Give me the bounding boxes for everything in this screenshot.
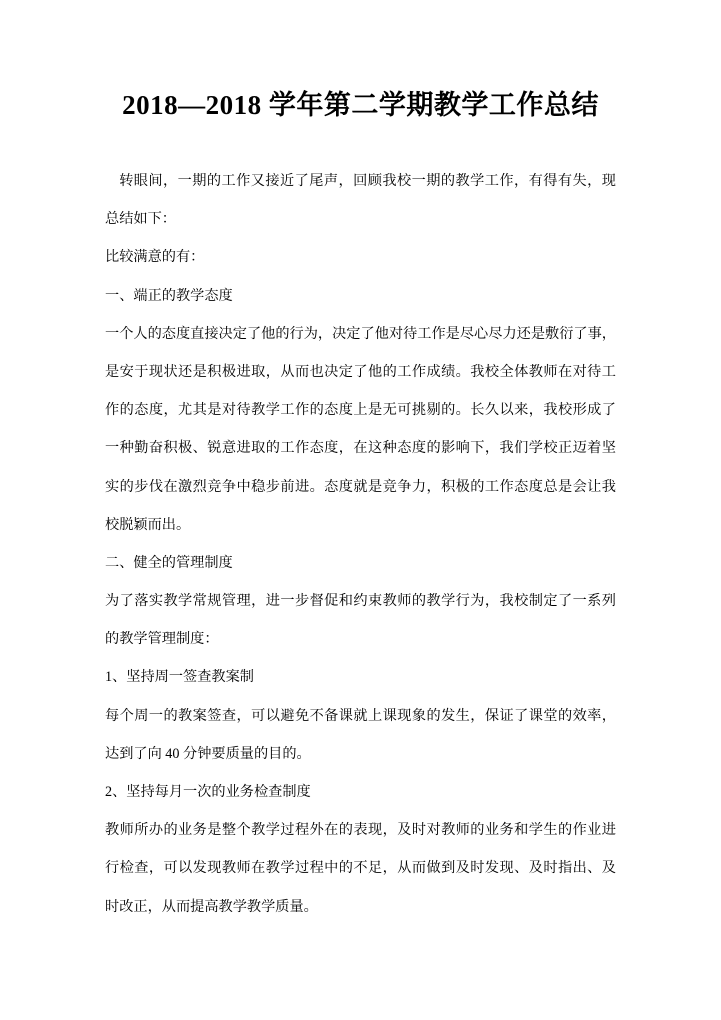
- document-line: 总结如下：: [105, 200, 616, 238]
- document-line: 达到了向 40 分钟要质量的目的。: [105, 735, 616, 773]
- document-page: 2018—2018 学年第二学期教学工作总结 转眼间，一期的工作又接近了尾声，回…: [0, 0, 721, 1020]
- document-body: 转眼间，一期的工作又接近了尾声，回顾我校一期的教学工作，有得有失，现总结如下：比…: [105, 162, 616, 926]
- document-line: 每个周一的教案签查，可以避免不备课就上课现象的发生，保证了课堂的效率，: [105, 697, 616, 735]
- document-line: 一种勤奋积极、锐意进取的工作态度，在这种态度的影响下，我们学校正迈着坚: [105, 429, 616, 467]
- document-line: 2、坚持每月一次的业务检查制度: [105, 773, 616, 811]
- document-line: 行检查，可以发现教师在教学过程中的不足，从而做到及时发现、及时指出、及: [105, 849, 616, 887]
- document-line: 一、端正的教学态度: [105, 277, 616, 315]
- document-line: 转眼间，一期的工作又接近了尾声，回顾我校一期的教学工作，有得有失，现: [105, 162, 616, 200]
- document-line: 比较满意的有：: [105, 238, 616, 276]
- document-line: 一个人的态度直接决定了他的行为，决定了他对待工作是尽心尽力还是敷衍了事，: [105, 315, 616, 353]
- document-title: 2018—2018 学年第二学期教学工作总结: [105, 84, 616, 126]
- document-line: 教师所办的业务是整个教学过程外在的表现，及时对教师的业务和学生的作业进: [105, 811, 616, 849]
- document-line: 校脱颖而出。: [105, 506, 616, 544]
- document-line: 的教学管理制度：: [105, 620, 616, 658]
- document-line: 为了落实教学常规管理，进一步督促和约束教师的教学行为，我校制定了一系列: [105, 582, 616, 620]
- document-line: 作的态度，尤其是对待教学工作的态度上是无可挑剔的。长久以来，我校形成了: [105, 391, 616, 429]
- document-line: 时改正，从而提高教学教学质量。: [105, 888, 616, 926]
- document-line: 1、坚持周一签查教案制: [105, 658, 616, 696]
- document-line: 实的步伐在激烈竞争中稳步前进。态度就是竞争力，积极的工作态度总是会让我: [105, 468, 616, 506]
- document-line: 是安于现状还是积极进取，从而也决定了他的工作成绩。我校全体教师在对待工: [105, 353, 616, 391]
- document-line: 二、健全的管理制度: [105, 544, 616, 582]
